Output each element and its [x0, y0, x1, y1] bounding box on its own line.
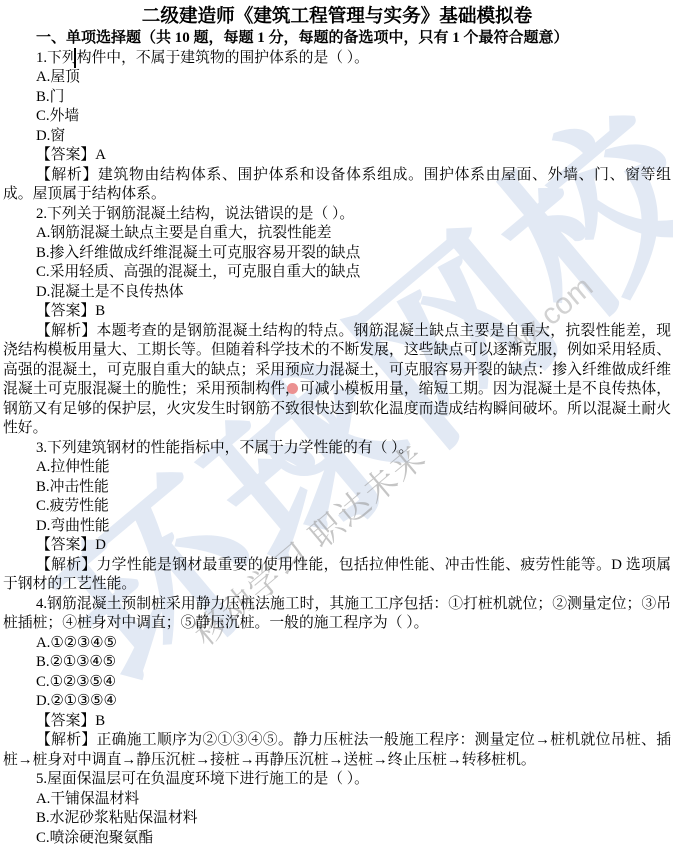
- option-line: A.干铺保温材料: [3, 790, 671, 810]
- question-block-4: 4.钢筋混凝土预制桩采用静力压桩法施工时，其施工工序包括：①打桩机就位；②测量定…: [3, 595, 671, 771]
- option-line: A.拉伸性能: [3, 458, 671, 478]
- option-line: C.喷涂硬泡聚氨酯: [3, 829, 671, 849]
- option-line: B.②①③④⑤: [3, 653, 671, 673]
- section-header: 一、单项选择题（共 10 题，每题 1 分，每题的备选项中，只有 1 个最符合题…: [3, 29, 671, 49]
- page: { "page": { "title": "二级建造师《建筑工程管理与实务》基础…: [0, 0, 673, 851]
- question-stem: 1.下列构件中，不属于建筑物的围护体系的是（ ）。: [3, 49, 671, 69]
- analysis-text: 【解析】力学性能是钢材最重要的使用性能，包括拉伸性能、冲击性能、疲劳性能等。D …: [3, 556, 671, 595]
- doc-title: 二级建造师《建筑工程管理与实务》基础模拟卷: [3, 5, 671, 29]
- option-line: A.钢筋混凝土缺点主要是自重大，抗裂性能差: [3, 224, 671, 244]
- option-line: A.①②③④⑤: [3, 634, 671, 654]
- question-stem: 5.屋面保温层可在负温度环境下进行施工的是（ ）。: [3, 770, 671, 790]
- answer-line: 【答案】B: [3, 302, 671, 322]
- document-edit-area[interactable]: 二级建造师《建筑工程管理与实务》基础模拟卷 一、单项选择题（共 10 题，每题 …: [0, 0, 673, 851]
- answer-line: 【答案】A: [3, 146, 671, 166]
- answer-line: 【答案】B: [3, 712, 671, 732]
- option-line: C.疲劳性能: [3, 497, 671, 517]
- option-line: C.采用轻质、高强的混凝土，可克服自重大的缺点: [3, 263, 671, 283]
- option-line: B.门: [3, 88, 671, 108]
- option-line: B.掺入纤维做成纤维混凝土可克服容易开裂的缺点: [3, 244, 671, 264]
- question-block-3: 3.下列建筑钢材的性能指标中，不属于力学性能的有（ ）。 A.拉伸性能 B.冲击…: [3, 439, 671, 595]
- option-line: C.外墙: [3, 107, 671, 127]
- question-stem: 4.钢筋混凝土预制桩采用静力压桩法施工时，其施工工序包括：①打桩机就位；②测量定…: [3, 595, 671, 634]
- option-line: D.②①③⑤④: [3, 692, 671, 712]
- option-line: B.冲击性能: [3, 478, 671, 498]
- option-line: C.①②③⑤④: [3, 673, 671, 693]
- option-line: D.窗: [3, 127, 671, 147]
- question-block-5: 5.屋面保温层可在负温度环境下进行施工的是（ ）。 A.干铺保温材料 B.水泥砂…: [3, 770, 671, 848]
- question-block-1: 1.下列构件中，不属于建筑物的围护体系的是（ ）。 A.屋顶 B.门 C.外墙 …: [3, 49, 671, 205]
- text-caret: [74, 48, 76, 68]
- question-block-2: 2.下列关于钢筋混凝土结构，说法错误的是（ ）。 A.钢筋混凝土缺点主要是自重大…: [3, 205, 671, 439]
- answer-line: 【答案】D: [3, 536, 671, 556]
- option-line: B.水泥砂浆粘贴保温材料: [3, 809, 671, 829]
- option-line: D.弯曲性能: [3, 517, 671, 537]
- analysis-text: 【解析】正确施工顺序为②①③④⑤。静力压桩法一般施工程序：测量定位→桩机就位吊桩…: [3, 731, 671, 770]
- analysis-text: 【解析】建筑物由结构体系、围护体系和设备体系组成。围护体系由屋面、外墙、门、窗等…: [3, 166, 671, 205]
- analysis-text: 【解析】本题考查的是钢筋混凝土结构的特点。钢筋混凝土缺点主要是自重大，抗裂性能差…: [3, 322, 671, 439]
- question-stem: 2.下列关于钢筋混凝土结构，说法错误的是（ ）。: [3, 205, 671, 225]
- option-line: A.屋顶: [3, 68, 671, 88]
- option-line: D.混凝土是不良传热体: [3, 283, 671, 303]
- question-stem: 3.下列建筑钢材的性能指标中，不属于力学性能的有（ ）。: [3, 439, 671, 459]
